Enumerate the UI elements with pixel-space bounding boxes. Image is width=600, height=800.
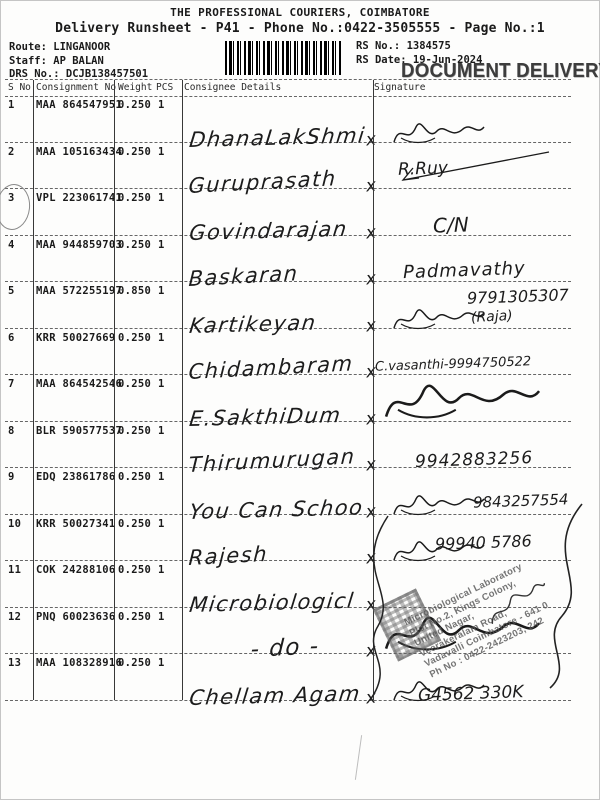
cell-weight: 0.850 xyxy=(118,285,151,297)
col-header-pcs: PCS xyxy=(156,82,173,93)
column-divider xyxy=(114,80,115,700)
cell-pcs: 1 xyxy=(158,611,165,623)
runsheet-page: THE PROFESSIONAL COURIERS, COIMBATORE De… xyxy=(0,0,600,800)
cell-consignment-no: MAA 944859703 xyxy=(36,239,122,251)
cell-pcs: 1 xyxy=(158,285,165,297)
cell-s-no: 7 xyxy=(8,378,15,390)
cell-weight: 0.250 xyxy=(118,425,151,437)
signature-cell: x 9843257554 xyxy=(373,467,571,514)
cell-s-no: 12 xyxy=(8,611,21,623)
column-divider xyxy=(33,80,34,700)
signature-text: R.Ruy xyxy=(398,158,449,180)
signature-cell: x xyxy=(373,374,571,421)
table-row: 7 MAA 864542546 0.250 1 E.SakthiDum x xyxy=(5,374,571,422)
cell-pcs: 1 xyxy=(158,425,165,437)
cell-weight: 0.250 xyxy=(118,332,151,344)
signature-cell: x 9791305307 (Raja) xyxy=(373,281,571,328)
signature-text: G4562 330K xyxy=(418,682,524,706)
cell-weight: 0.250 xyxy=(118,564,151,576)
cell-s-no: 1 xyxy=(8,99,15,111)
cell-consignment-no: PNQ 60023636 xyxy=(36,611,115,623)
table-row: 1 MAA 864547951 0.250 1 DhanaLakShmi x xyxy=(5,95,571,143)
cell-consignment-no: MAA 105163434 xyxy=(36,146,122,158)
company-title: THE PROFESSIONAL COURIERS, COIMBATORE xyxy=(0,6,600,19)
cell-pcs: 1 xyxy=(158,239,165,251)
cell-consignment-no: EDQ 23861786 xyxy=(36,471,115,483)
cell-weight: 0.250 xyxy=(118,611,151,623)
col-header-s-no: S No xyxy=(8,82,31,93)
signature-text-2: (Raja) xyxy=(471,307,513,325)
consignee-handwritten: Chellam Agam xyxy=(188,681,362,710)
cell-consignment-no: VPL 223061741 xyxy=(36,192,122,204)
cell-pcs: 1 xyxy=(158,657,165,669)
signature-text: 9791305307 xyxy=(467,285,569,308)
cell-consignment-no: MAA 572255197 xyxy=(36,285,122,297)
barcode-icon xyxy=(225,41,341,75)
table-row: 13 MAA 108328916 0.250 1 Chellam Agam x … xyxy=(5,653,571,701)
cell-consignment-no: MAA 864547951 xyxy=(36,99,122,111)
col-header-weight: Weight xyxy=(118,82,152,93)
cell-s-no: 13 xyxy=(8,657,21,669)
cell-s-no: 5 xyxy=(8,285,15,297)
cell-s-no: 6 xyxy=(8,332,15,344)
cell-weight: 0.250 xyxy=(118,657,151,669)
cell-pcs: 1 xyxy=(158,192,165,204)
cell-consignment-no: COK 24288106 xyxy=(36,564,115,576)
cell-weight: 0.250 xyxy=(118,471,151,483)
cell-consignment-no: KRR 50027341 xyxy=(36,518,115,530)
signature-text: 9843257554 xyxy=(472,490,568,511)
table-row: 6 KRR 50027669 0.250 1 Chidambaram x C.v… xyxy=(5,328,571,376)
cell-s-no: 4 xyxy=(8,239,15,251)
signature-cell: x R.Ruy xyxy=(373,142,571,189)
signature-text: C/N xyxy=(433,212,469,237)
table-row: 4 MAA 944859703 0.250 1 Baskaran x Padma… xyxy=(5,235,571,283)
runsheet-title: Delivery Runsheet - P41 - Phone No.:0422… xyxy=(0,21,600,36)
column-divider xyxy=(182,80,183,700)
column-divider xyxy=(373,80,374,700)
cell-pcs: 1 xyxy=(158,99,165,111)
cell-s-no: 8 xyxy=(8,425,15,437)
table-row: 10 KRR 50027341 0.250 1 Rajesh x 99940 5… xyxy=(5,514,571,562)
cell-pcs: 1 xyxy=(158,146,165,158)
signature-cell: x Padmavathy xyxy=(373,235,571,282)
cell-pcs: 1 xyxy=(158,471,165,483)
x-mark: x xyxy=(365,687,377,708)
cell-pcs: 1 xyxy=(158,378,165,390)
cell-weight: 0.250 xyxy=(118,239,151,251)
cell-consignment-no: MAA 864542546 xyxy=(36,378,122,390)
rs-no-line: RS No.: 1384575 xyxy=(356,39,482,53)
cell-s-no: 10 xyxy=(8,518,21,530)
cell-weight: 0.250 xyxy=(118,192,151,204)
signature-cell: x xyxy=(373,95,571,142)
route-line: Route: LINGANOOR xyxy=(9,41,148,55)
cell-s-no: 11 xyxy=(8,564,21,576)
cell-s-no: 2 xyxy=(8,146,15,158)
cell-weight: 0.250 xyxy=(118,378,151,390)
signature-text: 99940 5786 xyxy=(435,531,532,553)
table-row: 5 MAA 572255197 0.850 1 Kartikeyan x 979… xyxy=(5,281,571,329)
signature-cell: x C/N xyxy=(373,188,571,235)
table-row: 8 BLR 590577537 0.250 1 Thirumurugan x 9… xyxy=(5,421,571,469)
table-row: 9 EDQ 23861786 0.250 1 You Can Schoo x 9… xyxy=(5,467,571,515)
table-row: 3 VPL 223061741 0.250 1 Govindarajan x C… xyxy=(5,188,571,236)
cell-consignment-no: KRR 50027669 xyxy=(36,332,115,344)
staff-line: Staff: AP BALAN xyxy=(9,55,148,69)
cell-pcs: 1 xyxy=(158,518,165,530)
cell-weight: 0.250 xyxy=(118,146,151,158)
cell-pcs: 1 xyxy=(158,564,165,576)
cell-consignment-no: MAA 108328916 xyxy=(36,657,122,669)
cell-weight: 0.250 xyxy=(118,99,151,111)
cell-s-no: 9 xyxy=(8,471,15,483)
col-header-signature: Signature xyxy=(374,82,425,93)
cell-weight: 0.250 xyxy=(118,518,151,530)
table-row: 2 MAA 105163434 0.250 1 Guruprasath x R.… xyxy=(5,142,571,190)
scan-scratch-mark xyxy=(355,735,362,780)
signature-text: Padmavathy xyxy=(403,258,526,283)
signature-cell: x 9942883256 xyxy=(373,421,571,468)
col-header-consignee: Consignee Details xyxy=(184,82,281,93)
cell-consignment-no: BLR 590577537 xyxy=(36,425,122,437)
route-staff-block: Route: LINGANOOR Staff: AP BALAN DRS No.… xyxy=(9,41,148,82)
cell-pcs: 1 xyxy=(158,332,165,344)
col-header-consignment: Consignment No xyxy=(36,82,116,93)
signature-cell: x C.vasanthi-9994750522 xyxy=(373,328,571,375)
